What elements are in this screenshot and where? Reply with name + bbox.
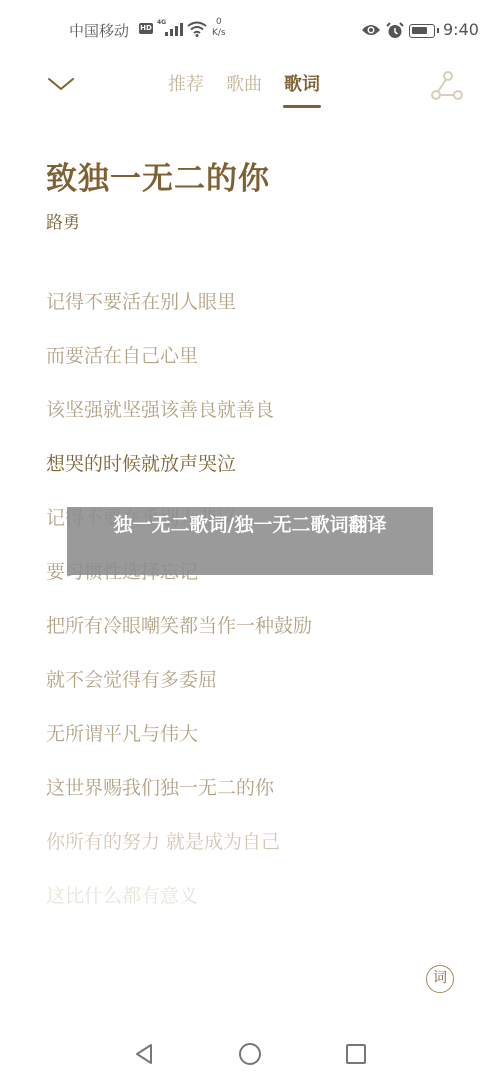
alarm-icon — [386, 22, 404, 39]
signal-icon — [165, 22, 183, 36]
player-header: 推荐 歌曲 歌词 — [0, 60, 500, 120]
lyric-line[interactable]: 这比什么都有意义 — [46, 881, 198, 908]
lyric-line[interactable]: 而要活在自己心里 — [46, 341, 198, 368]
net-speed-value: 0 — [212, 17, 226, 28]
share-icon — [428, 70, 464, 102]
tab-song[interactable]: 歌曲 — [226, 70, 262, 108]
artist-name[interactable]: 路勇 — [46, 208, 80, 233]
tab-bar: 推荐 歌曲 歌词 — [168, 70, 320, 108]
wifi-icon — [187, 21, 207, 37]
status-bar: 中国移动 HD 4G 0 K/s 9:40 — [0, 0, 500, 60]
song-title: 致独一无二的你 — [46, 153, 270, 198]
lyric-line[interactable]: 把所有冷眼嘲笑都当作一种鼓励 — [46, 611, 312, 638]
back-icon[interactable] — [133, 1042, 155, 1066]
battery-icon — [409, 24, 435, 38]
share-button[interactable] — [428, 70, 464, 102]
lyric-line[interactable]: 该坚强就坚强该善良就善良 — [46, 395, 274, 422]
lyric-line-current[interactable]: 想哭的时候就放声哭泣 — [46, 449, 236, 476]
net-speed-unit: K/s — [212, 28, 226, 39]
tab-lyrics[interactable]: 歌词 — [284, 70, 320, 108]
clock: 9:40 — [443, 20, 479, 39]
lyric-line[interactable]: 就不会觉得有多委屈 — [46, 665, 217, 692]
eye-icon — [361, 23, 381, 37]
system-nav-bar — [0, 1030, 500, 1083]
chevron-down-icon — [46, 74, 76, 94]
lyric-line[interactable]: 你所有的努力 就是成为自己 — [46, 827, 280, 854]
recent-apps-icon[interactable] — [346, 1044, 366, 1064]
carrier-name: 中国移动 — [69, 20, 129, 41]
network-speed: 0 K/s — [212, 17, 226, 39]
overlay-caption: 独一无二歌词/独一无二歌词翻译 — [67, 507, 433, 575]
lyric-line[interactable]: 无所谓平凡与伟大 — [46, 719, 198, 746]
collapse-button[interactable] — [46, 74, 76, 94]
tab-recommend[interactable]: 推荐 — [168, 70, 204, 108]
lyric-translate-button[interactable]: 词 — [426, 965, 454, 993]
lyric-line[interactable]: 这世界赐我们独一无二的你 — [46, 773, 274, 800]
hd-icon: HD — [139, 23, 153, 34]
lyric-line[interactable]: 记得不要活在别人眼里 — [46, 287, 236, 314]
home-icon[interactable] — [239, 1043, 261, 1065]
